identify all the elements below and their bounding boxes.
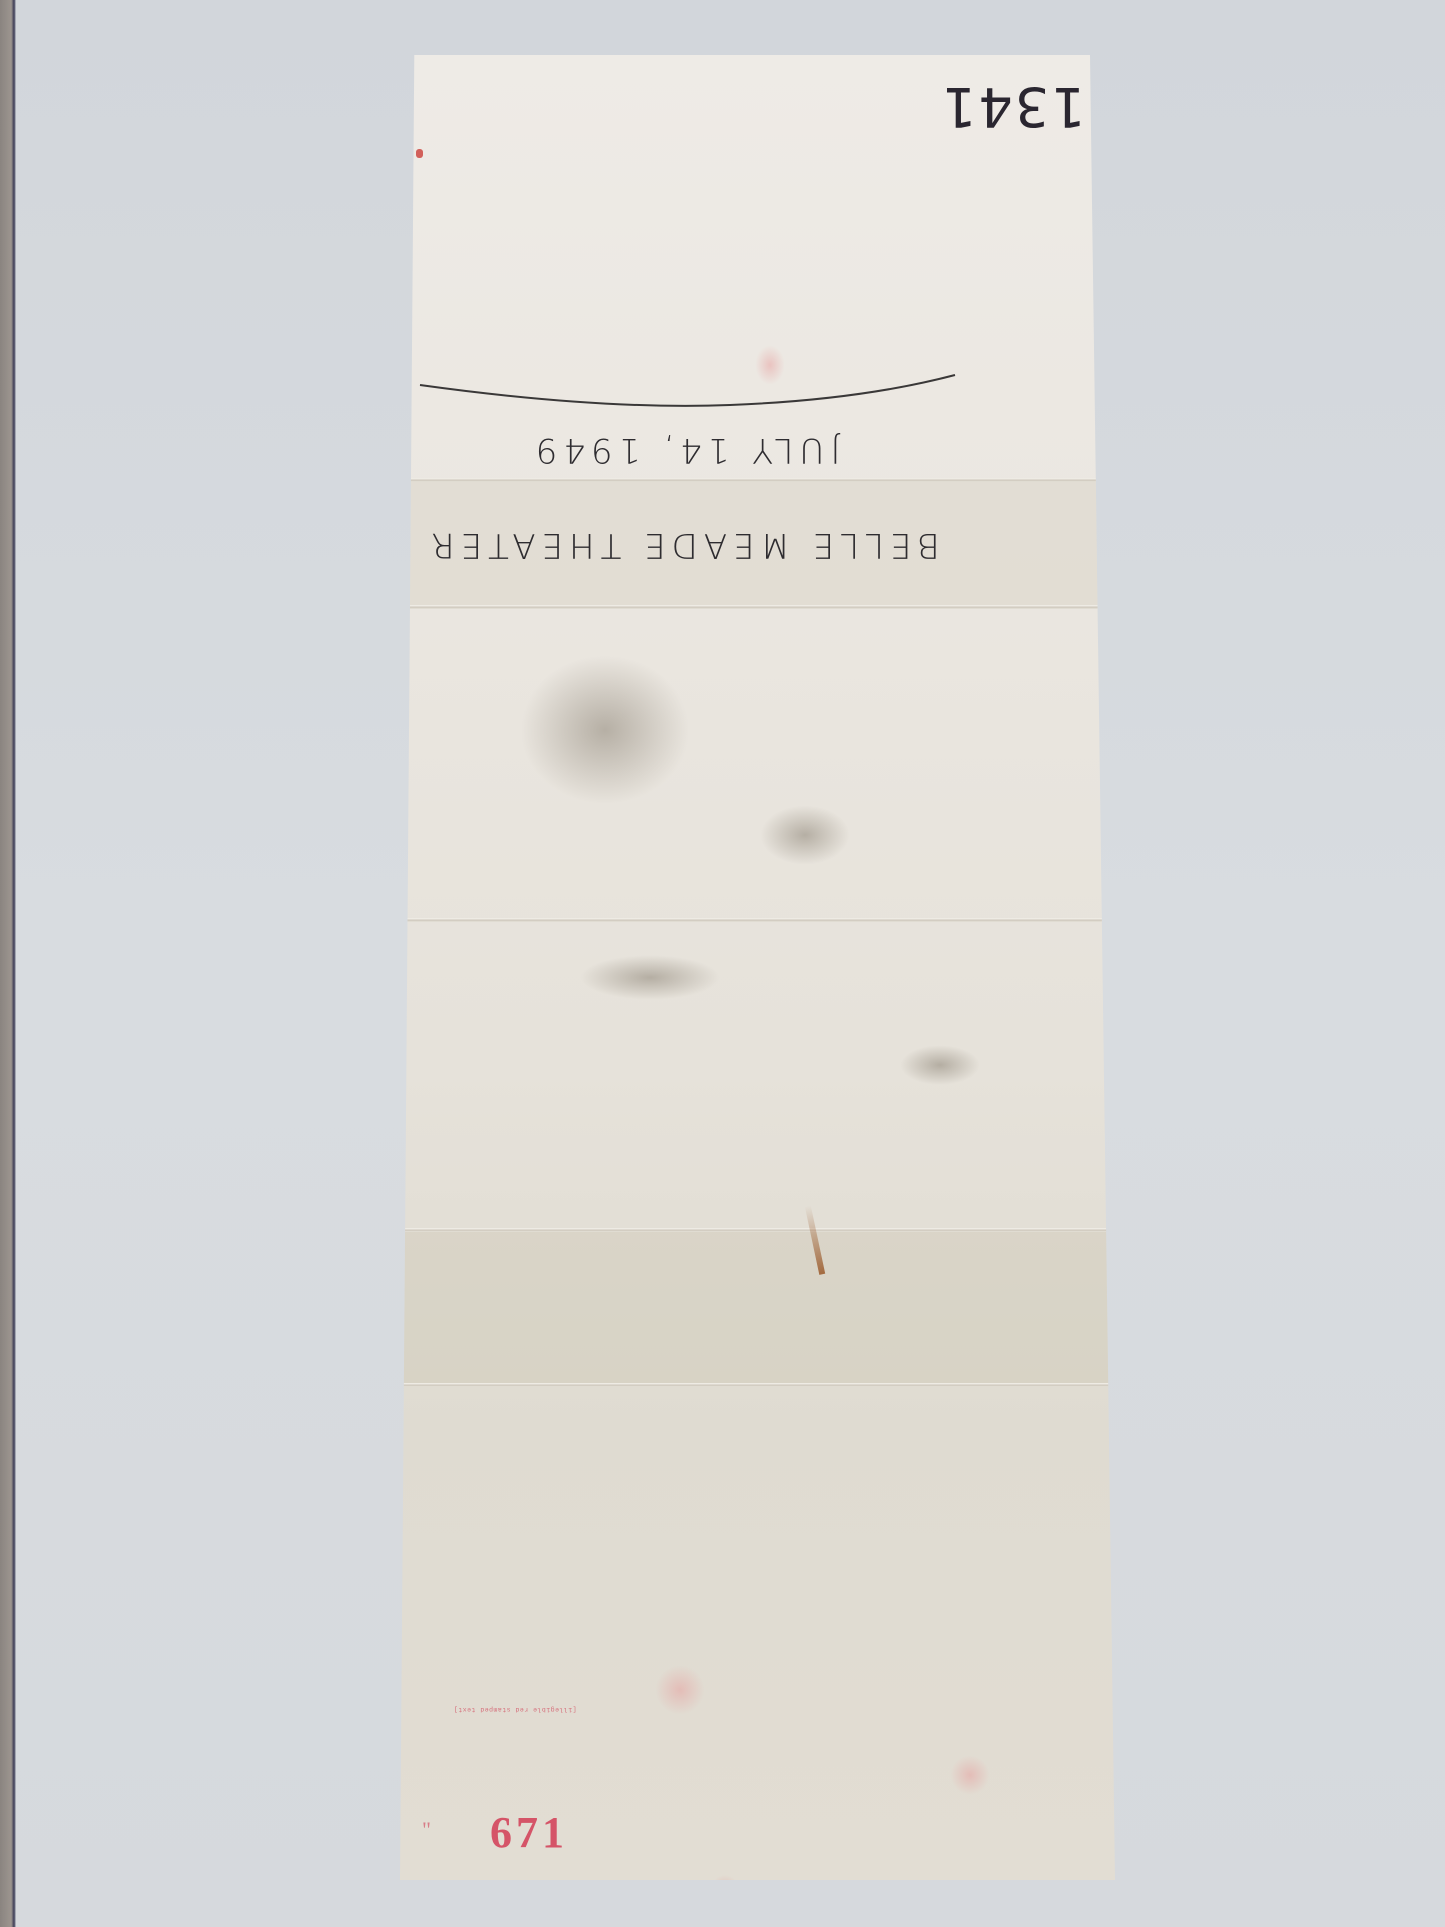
catalog-number: 1341 (940, 75, 1085, 138)
document-title: BELLE MEADE THEATER (425, 525, 940, 565)
document-paper: 1341 JULY 14, 1949 BELLE MEADE THEATER [… (400, 55, 1115, 1880)
stain (950, 1755, 990, 1795)
panel-band (400, 1228, 1115, 1383)
stain (655, 1665, 705, 1715)
smudge (760, 805, 850, 865)
fold-line (400, 918, 1115, 922)
stamp-number: 671 (490, 1807, 568, 1858)
table-edge (0, 0, 16, 1927)
smudge (520, 655, 690, 805)
smudge (900, 1045, 980, 1085)
stamp-mark: " (422, 1817, 431, 1843)
document-date: JULY 14, 1949 (530, 430, 840, 470)
fold-line (400, 1383, 1115, 1387)
red-stamp-text: [illegible red stamped text] (440, 1705, 590, 1714)
fold-line (400, 605, 1115, 609)
fold-line (400, 1228, 1115, 1232)
smudge (580, 955, 720, 1000)
